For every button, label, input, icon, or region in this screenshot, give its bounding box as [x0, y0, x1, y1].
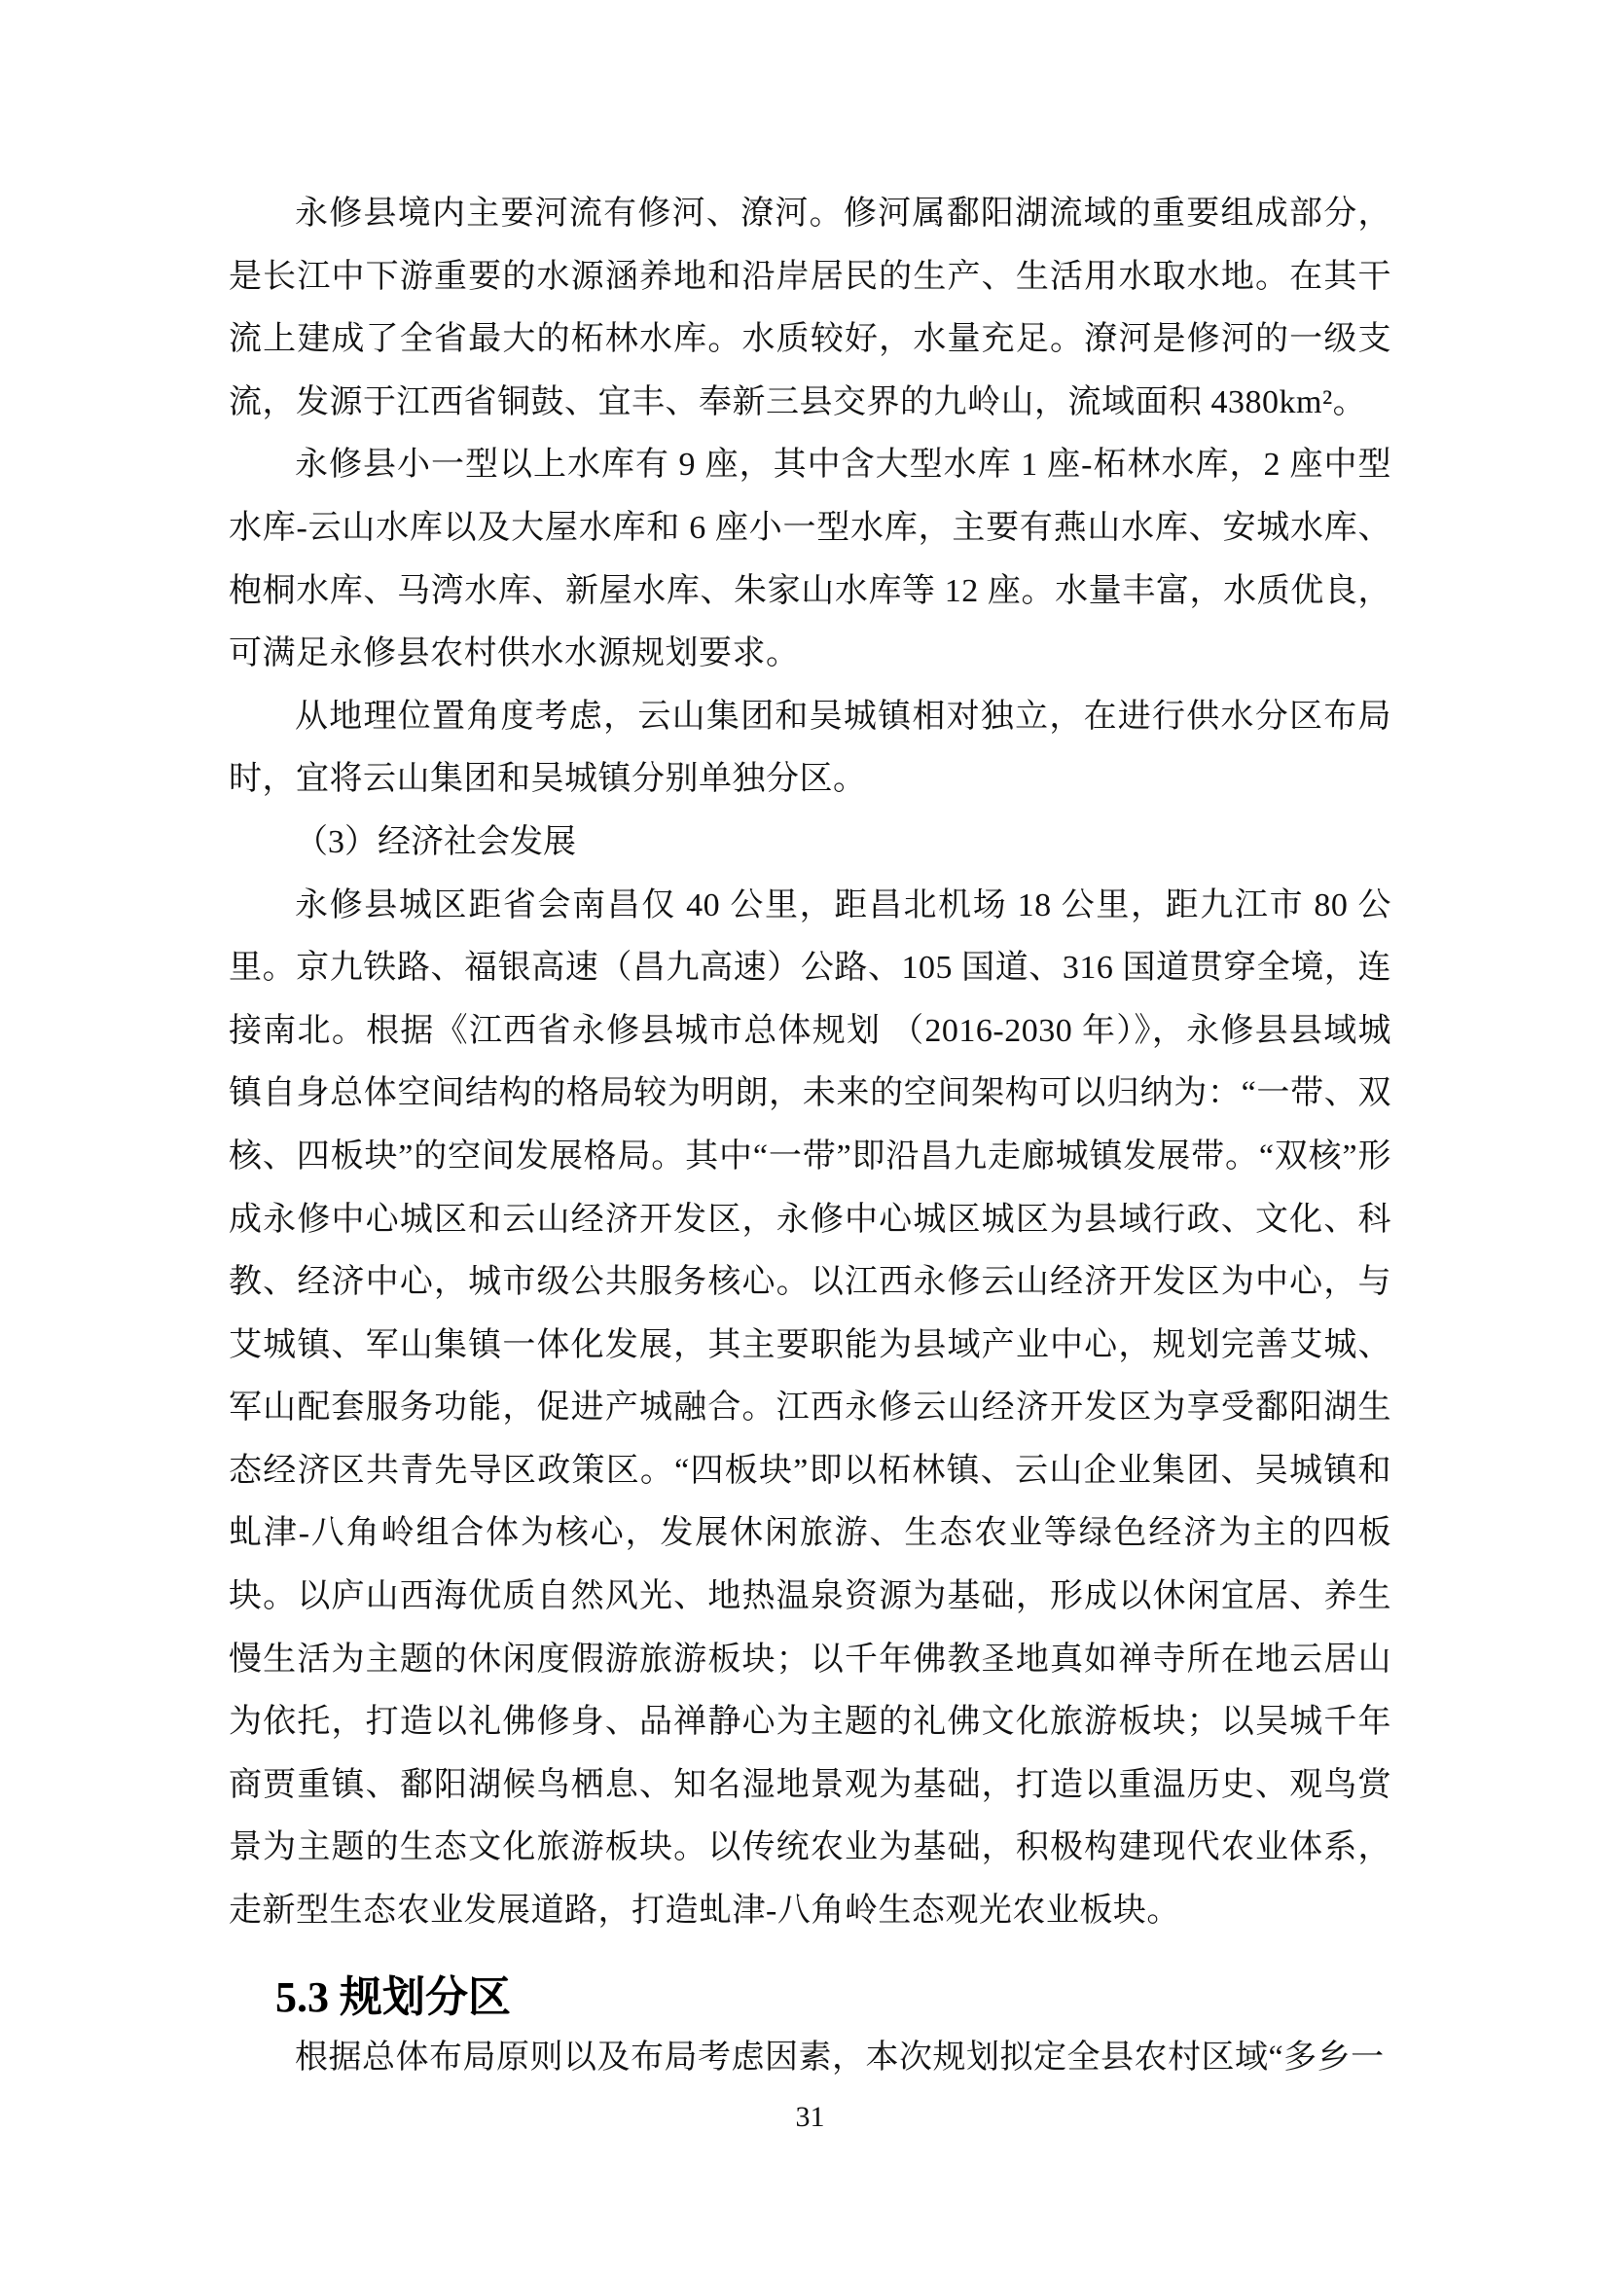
subsection-heading-economy: （3）经济社会发展: [229, 812, 1391, 875]
document-page: 永修县境内主要河流有修河、潦河。修河属鄱阳湖流域的重要组成部分，是长江中下游重要…: [0, 0, 1624, 2276]
page-number: 31: [229, 2097, 1391, 2138]
paragraph-geography: 从地理位置角度考虑，云山集团和吴城镇相对独立，在进行供水分区布局时，宜将云山集团…: [229, 686, 1391, 812]
paragraph-planning-zoning: 根据总体布局原则以及布局考虑因素，本次规划拟定全县农村区域“多乡一: [229, 2027, 1391, 2090]
section-heading-5-3-planning-zones: 5.3 规划分区: [275, 1969, 1391, 2027]
paragraph-reservoirs: 永修县小一型以上水库有 9 座，其中含大型水库 1 座-柘林水库，2 座中型水库…: [229, 434, 1391, 685]
paragraph-rivers: 永修县境内主要河流有修河、潦河。修河属鄱阳湖流域的重要组成部分，是长江中下游重要…: [229, 183, 1391, 434]
paragraph-economy-development: 永修县城区距省会南昌仅 40 公里，距昌北机场 18 公里，距九江市 80 公里…: [229, 875, 1391, 1943]
